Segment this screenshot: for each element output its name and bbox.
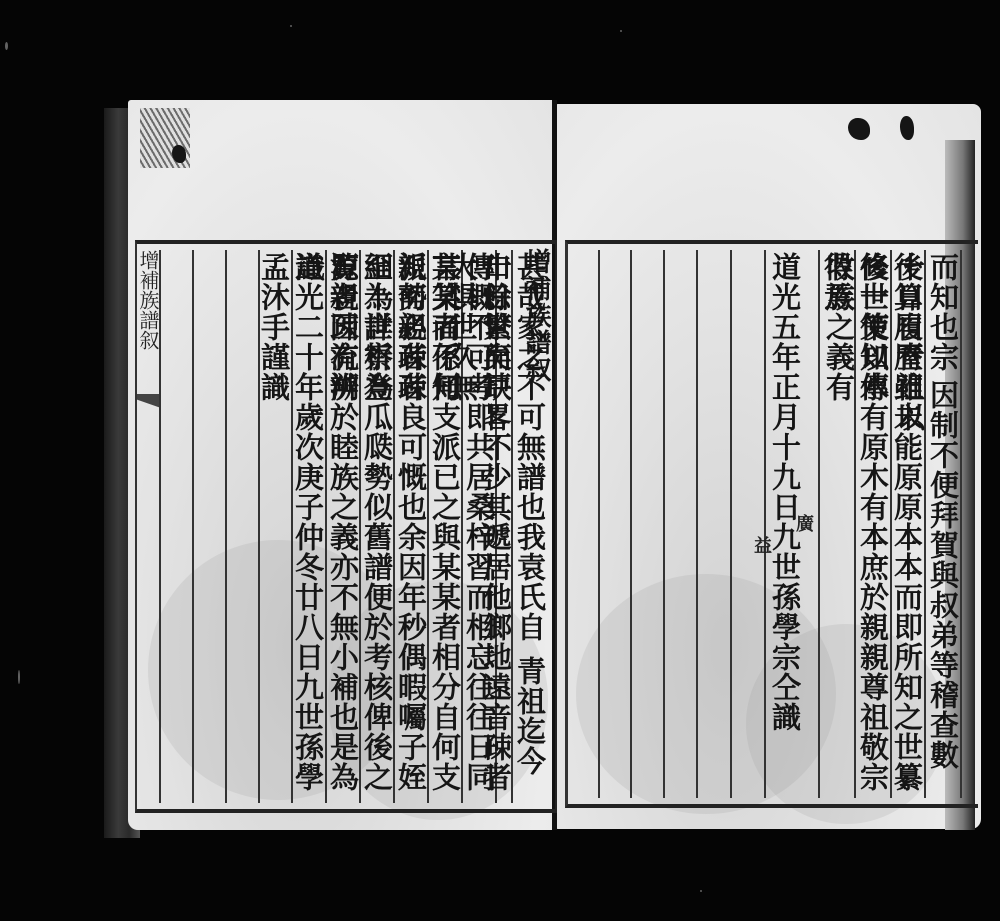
annotation-bottom: 益 <box>748 536 774 554</box>
ink-blot <box>848 118 870 140</box>
dust-speck <box>18 670 20 684</box>
dust-speck <box>700 890 702 892</box>
right-col-1: 而知也宗因制不便拜賀與叔弟等稽查數十日自青祖以 <box>926 252 960 796</box>
dust-speck <box>620 30 622 32</box>
margin-title: 增補族譜叙 <box>137 250 159 400</box>
ink-blot <box>172 145 186 163</box>
left-title: 增補族譜叙 <box>519 248 553 801</box>
dust-speck <box>5 42 8 50</box>
dust-speck <box>290 25 292 27</box>
left-col-9: 道光二十年歲次庚子仲冬廿八日九世孫學孟沐手謹識 <box>291 252 325 801</box>
ink-blot <box>900 116 914 140</box>
fishtail-mark <box>137 394 161 408</box>
left-text-frame: 增補族譜叙 道光二十年歲次庚子仲冬廿八日九世孫學孟沐手謹識 源親疎有辨於睦族之義… <box>135 240 557 813</box>
right-text-frame: 道光五年正月十九日九世孫學宗仝識 廣 益 得焉 後世使知水有原木有本庶於親親尊祖… <box>565 240 978 808</box>
annotation-top: 廣 <box>790 514 816 532</box>
right-col-1-a: 而知也宗 <box>926 252 960 372</box>
